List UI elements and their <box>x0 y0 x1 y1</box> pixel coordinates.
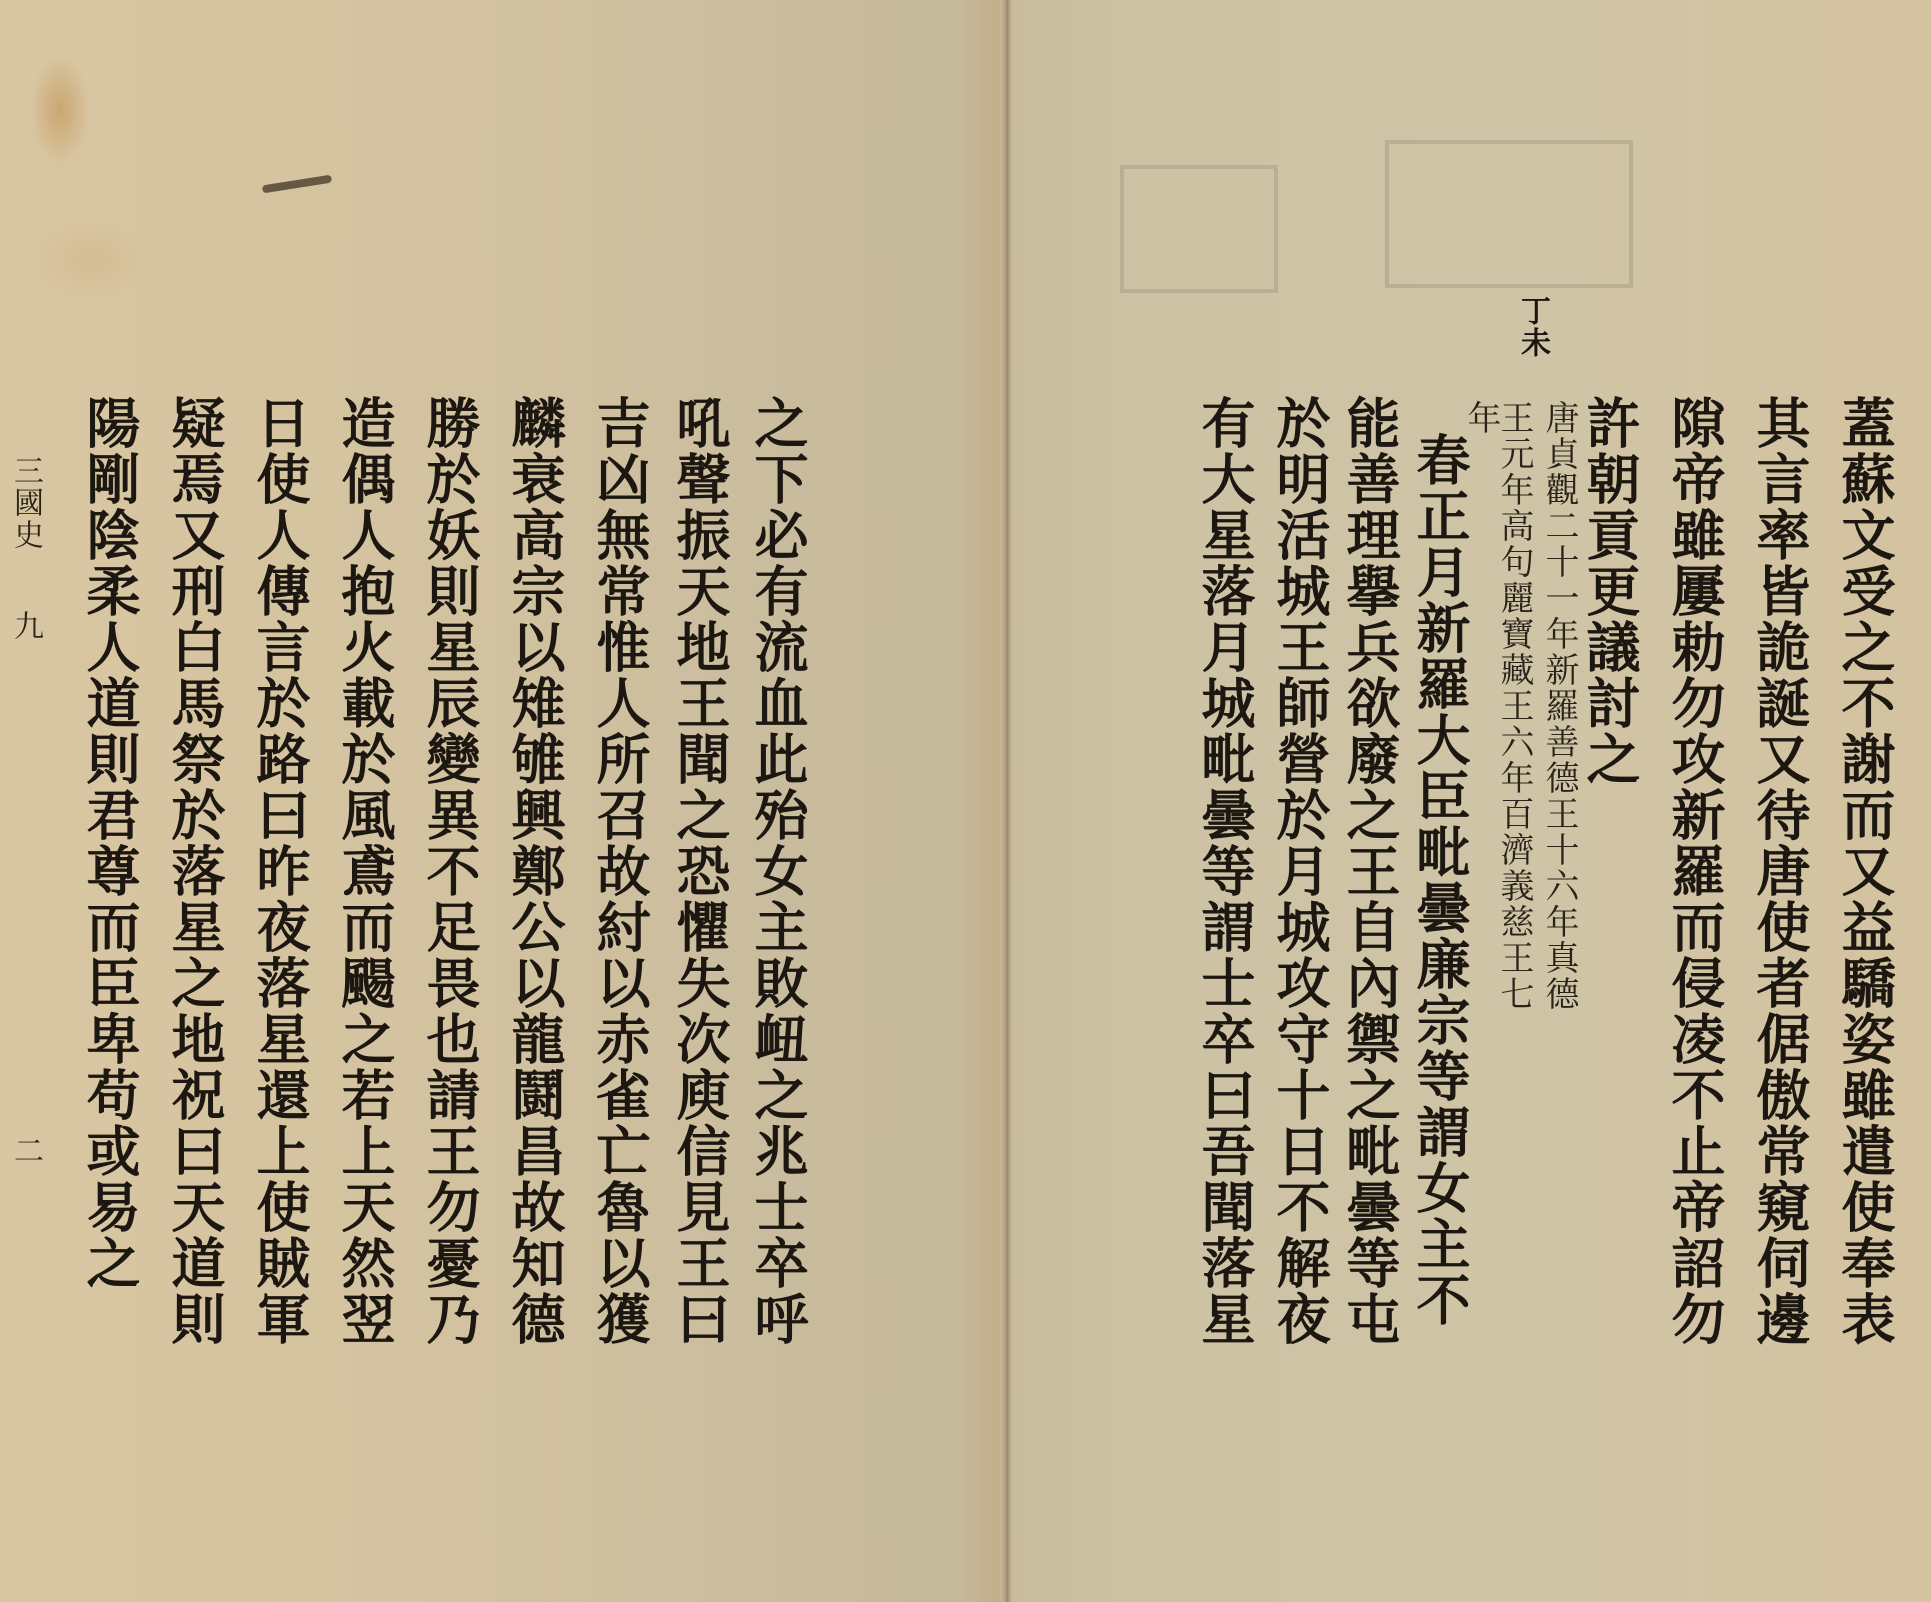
text-column: 於明活城王師營於月城攻守十日不解夜 <box>1270 395 1330 1347</box>
text-column: 能善理擧兵欲廢之王自內禦之毗曇等屯 <box>1340 395 1400 1347</box>
book-title-margin: 三國史 <box>8 455 42 551</box>
text-column: 之下必有流血此殆女主敗衄之兆士卒呼 <box>748 395 808 1347</box>
gutter-shadow <box>960 0 1000 1602</box>
page-number-margin: 二 <box>8 1135 42 1167</box>
annotation-column: 王元年高句麗寶藏王六年百濟義慈王七 <box>1495 400 1533 1012</box>
text-column: 有大星落月城毗曇等謂士卒曰吾聞落星 <box>1195 395 1255 1347</box>
text-column: 日使人傳言於路曰昨夜落星還上使賊軍 <box>250 395 310 1347</box>
text-column: 疑焉又刑白馬祭於落星之地祝曰天道則 <box>165 395 225 1347</box>
text-column: 勝於妖則星辰變異不足畏也請王勿憂乃 <box>420 395 480 1347</box>
text-column: 麟衰高宗以雉雊興鄭公以龍鬪昌故知德 <box>505 395 565 1347</box>
annotation-column: 唐貞觀二十一年新羅善德王十六年真德 <box>1540 400 1578 1012</box>
faded-seal-stamp <box>1385 140 1633 288</box>
text-column: 春正月新羅大臣毗曇廉宗等謂女主不 <box>1410 432 1470 1328</box>
cyclical-year-heading: 丁未 <box>1515 295 1549 359</box>
book-gutter <box>1000 0 1012 1602</box>
volume-number-margin: 九 <box>8 610 42 642</box>
text-column: 吉凶無常惟人所召故紂以赤雀亡魯以獲 <box>590 395 650 1347</box>
annotation-column: 年 <box>1462 400 1500 436</box>
text-column: 造偶人抱火載於風鳶而颺之若上天然翌 <box>335 395 395 1347</box>
text-column: 隙帝雖屢勅勿攻新羅而侵凌不止帝詔勿 <box>1665 395 1725 1347</box>
text-column: 其言率皆詭誕又待唐使者倨傲常窺伺邊 <box>1750 395 1810 1347</box>
text-column: 許朝貢更議討之 <box>1580 395 1640 787</box>
text-column: 陽剛陰柔人道則君尊而臣卑苟或易之 <box>80 395 140 1291</box>
text-column: 蓋蘇文受之不謝而又益驕姿雖遣使奉表 <box>1835 395 1895 1347</box>
faded-seal-stamp <box>1120 165 1278 293</box>
text-column: 吼聲振天地王聞之恐懼失次庾信見王曰 <box>670 395 730 1347</box>
